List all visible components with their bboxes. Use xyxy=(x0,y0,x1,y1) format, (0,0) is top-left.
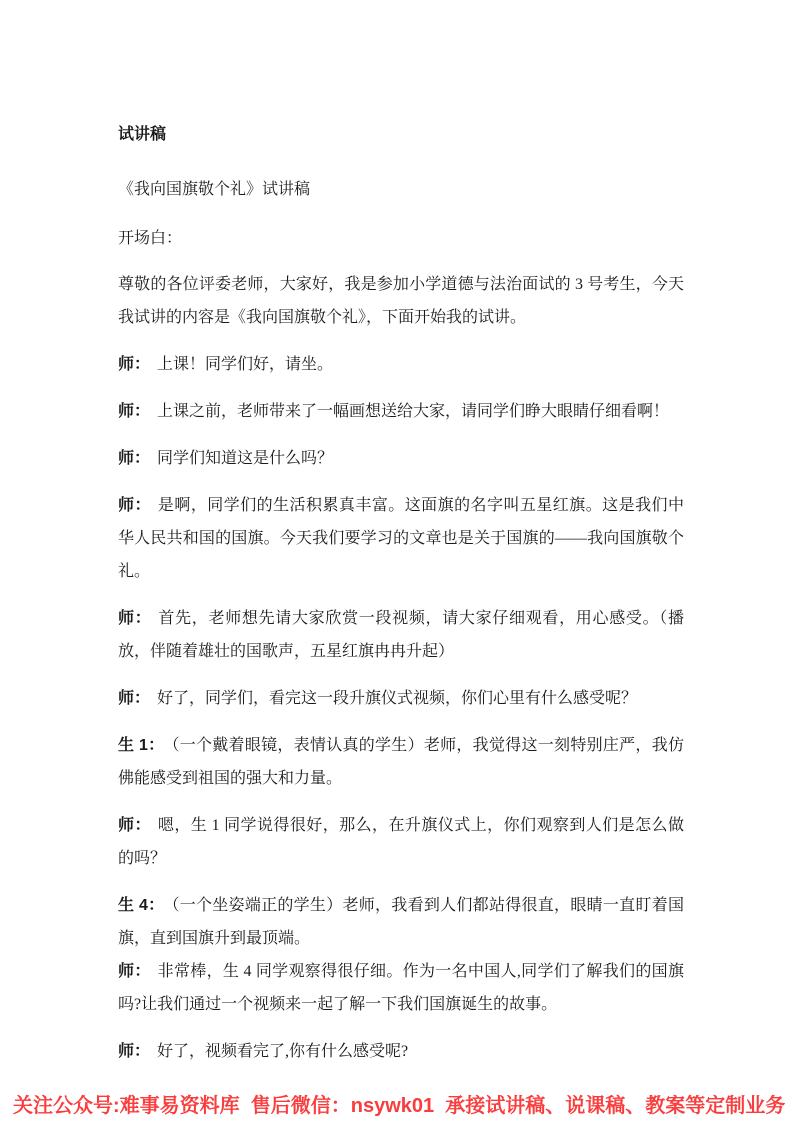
dialogue-paragraph: 师：非常棒，生 4 同学观察得很仔细。作为一名中国人,同学们了解我们的国旗吗?让… xyxy=(118,955,684,1021)
speaker-label: 师： xyxy=(118,610,151,627)
paragraph-text: 上课之前，老师带来了一幅画想送给大家，请同学们睁大眼睛仔细看啊！ xyxy=(157,403,669,420)
paragraph-text: 是啊，同学们的生活积累真丰富。这面旗的名字叫五星红旗。这是我们中华人民共和国的国… xyxy=(118,497,684,580)
paragraph-text: 非常棒，生 4 同学观察得很仔细。作为一名中国人,同学们了解我们的国旗吗?让我们… xyxy=(118,963,684,1013)
speaker-label: 生 1： xyxy=(118,737,164,754)
promo-footer-text: 关注公众号:难事易资料库 售后微信：nsywk01 承接试讲稿、说课稿、教案等定… xyxy=(13,1095,785,1117)
dialogue-paragraph: 师：上课！同学们好，请坐。 xyxy=(118,348,684,381)
intro-paragraph: 尊敬的各位评委老师，大家好，我是参加小学道德与法治面试的 3 号考生，今天我试讲… xyxy=(118,268,684,334)
speaker-label: 师： xyxy=(118,497,151,514)
dialogue-paragraph: 师：上课之前，老师带来了一幅画想送给大家，请同学们睁大眼睛仔细看啊！ xyxy=(118,395,684,428)
paragraph-text: 首先，老师想先请大家欣赏一段视频，请大家仔细观看，用心感受。（播放，伴随着雄壮的… xyxy=(118,610,684,660)
paragraph-text: 好了，同学们，看完这一段升旗仪式视频，你们心里有什么感受呢？ xyxy=(157,690,637,707)
page-title: 试讲稿 xyxy=(118,118,684,151)
speaker-label: 生 4： xyxy=(118,897,164,914)
speaker-label: 师： xyxy=(118,817,151,834)
paragraph-text: （一个坐姿端正的学生）老师，我看到人们都站得很直，眼睛一直盯着国旗，直到国旗升到… xyxy=(118,897,684,947)
paragraph-text: 嗯，生 1 同学说得很好，那么，在升旗仪式上，你们观察到人们是怎么做的吗？ xyxy=(118,817,684,867)
paragraph-text: 好了，视频看完了,你有什么感受呢? xyxy=(157,1043,408,1060)
dialogue-paragraph: 师：首先，老师想先请大家欣赏一段视频，请大家仔细观看，用心感受。（播放，伴随着雄… xyxy=(118,602,684,668)
document-body: 试讲稿 《我向国旗敬个礼》试讲稿 开场白： 尊敬的各位评委老师，大家好，我是参加… xyxy=(118,118,684,1082)
speaker-label: 师： xyxy=(118,1043,150,1060)
dialogue-paragraph: 师：是啊，同学们的生活积累真丰富。这面旗的名字叫五星红旗。这是我们中华人民共和国… xyxy=(118,489,684,588)
speaker-label: 师： xyxy=(118,356,150,373)
promo-footer-banner: 关注公众号:难事易资料库 售后微信：nsywk01 承接试讲稿、说课稿、教案等定… xyxy=(0,1092,793,1120)
paragraph-text: （一个戴着眼镜，表情认真的学生）老师，我觉得这一刻特别庄严，我仿佛能感受到祖国的… xyxy=(118,737,684,787)
dialogue-paragraph: 师：同学们知道这是什么吗？ xyxy=(118,442,684,475)
section-label-opening: 开场白： xyxy=(118,222,684,255)
speaker-label: 师： xyxy=(118,450,150,467)
paragraph-text: 同学们知道这是什么吗？ xyxy=(157,450,333,467)
dialogue-paragraph: 生 1：（一个戴着眼镜，表情认真的学生）老师，我觉得这一刻特别庄严，我仿佛能感受… xyxy=(118,729,684,795)
paragraph-text: 尊敬的各位评委老师，大家好，我是参加小学道德与法治面试的 3 号考生，今天我试讲… xyxy=(118,276,684,326)
dialogue-paragraph: 师：嗯，生 1 同学说得很好，那么，在升旗仪式上，你们观察到人们是怎么做的吗？ xyxy=(118,809,684,875)
dialogue-paragraph: 生 4：（一个坐姿端正的学生）老师，我看到人们都站得很直，眼睛一直盯着国旗，直到… xyxy=(118,889,684,955)
speaker-label: 师： xyxy=(118,690,150,707)
speaker-label: 师： xyxy=(118,403,150,420)
document-page: 试讲稿 《我向国旗敬个礼》试讲稿 开场白： 尊敬的各位评委老师，大家好，我是参加… xyxy=(0,0,793,1122)
dialogue-paragraph: 师：好了，视频看完了,你有什么感受呢? xyxy=(118,1035,684,1068)
dialogue-paragraph: 师：好了，同学们，看完这一段升旗仪式视频，你们心里有什么感受呢？ xyxy=(118,682,684,715)
paragraph-text: 上课！同学们好，请坐。 xyxy=(157,356,333,373)
speaker-label: 师： xyxy=(118,963,151,980)
doc-subtitle: 《我向国旗敬个礼》试讲稿 xyxy=(118,173,684,206)
